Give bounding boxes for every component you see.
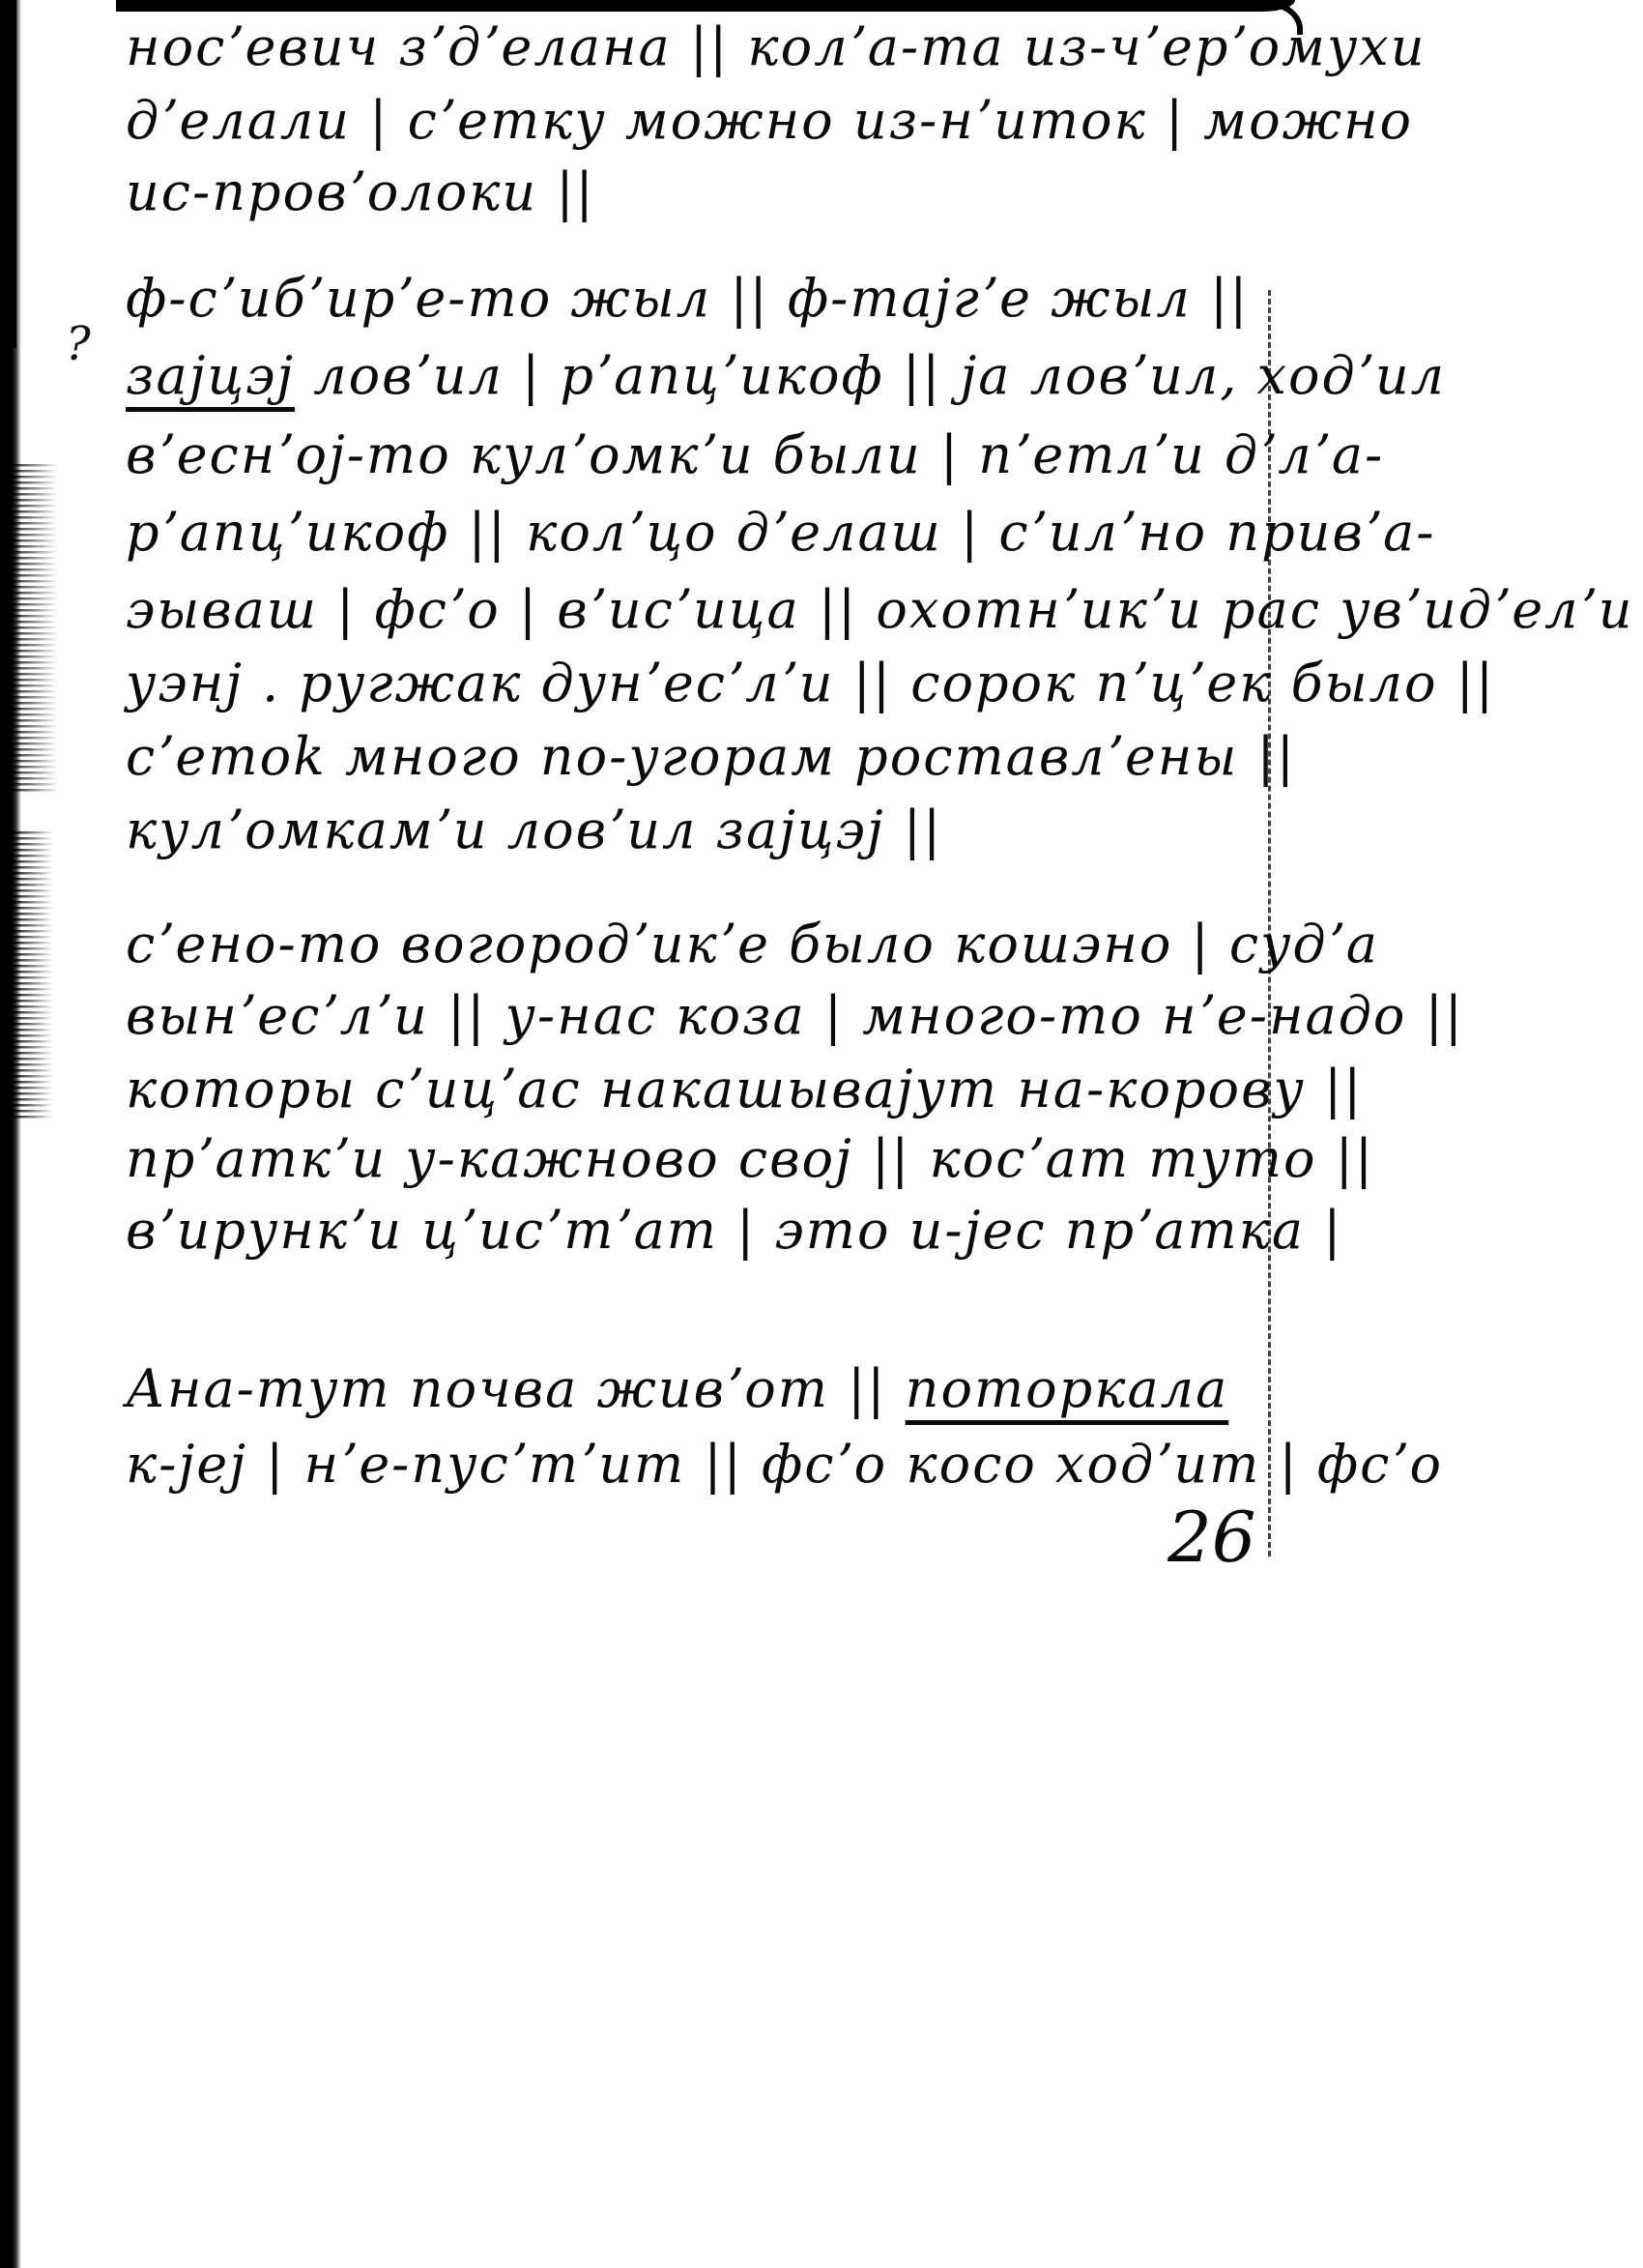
text-line: вынʼесʼлʼи || у-нас коза | много-то нʼе-…	[126, 990, 1464, 1042]
text-segment: рʼапцʼикоф || колʼцо дʼелаш | сʼилʼно пр…	[126, 502, 1435, 563]
text-line: зајцэј ловʼил | рʼапцʼикоф || ја ловʼил,…	[126, 350, 1446, 402]
text-line: прʼаткʼи у-кажново свој || косʼат туто |…	[126, 1133, 1374, 1185]
text-line: кулʼомкамʼи ловʼил зајцэј ||	[126, 804, 942, 857]
scan-top-edge-artifact	[116, 0, 1295, 12]
text-line: ис-провʼолоки ||	[126, 166, 595, 218]
text-segment: ф-сʼибʼирʼе-то жыл || ф-тајгʼе жыл ||	[126, 268, 1249, 329]
text-line: к-јеј | нʼе-пусʼтʼит || фсʼо косо ходʼит…	[126, 1439, 1443, 1491]
text-segment: носʼевич зʼдʼелана || колʼа-та из-чʼерʼо…	[126, 16, 1427, 77]
text-segment: уэнј . ругжак дунʼесʼлʼи || сорок пʼцʼек…	[126, 653, 1495, 713]
text-line: дʼелали | сʼетку можно из-нʼиток | можно	[126, 95, 1413, 147]
text-line: эываш | фсʼо | вʼисʼица || охотнʼикʼи ра…	[126, 584, 1643, 636]
scan-noise-artifact	[0, 831, 53, 1121]
text-line: сʼено-то вогородʼикʼе было кошэно | судʼ…	[126, 918, 1379, 971]
scanned-page: ? носʼевич зʼдʼелана || колʼа-та из-чʼер…	[0, 0, 1643, 2268]
text-line: Ана-тут почва живʼот || поторкала	[126, 1363, 1228, 1415]
text-line: вʼирункʼи цʼисʼтʼат | это и-јес прʼатка …	[126, 1205, 1342, 1257]
page-number: 26	[1167, 1497, 1256, 1578]
text-segment: сʼено-то вогородʼикʼе было кошэно | судʼ…	[126, 914, 1379, 974]
text-line: рʼапцʼикоф || колʼцо дʼелаш | сʼилʼно пр…	[126, 507, 1435, 559]
text-line: ф-сʼибʼирʼе-то жыл || ф-тајгʼе жыл ||	[126, 273, 1249, 325]
text-segment: Ана-тут почва живʼот ||	[126, 1358, 906, 1419]
text-segment: ловʼил | рʼапцʼикоф || ја ловʼил, ходʼил	[295, 345, 1446, 406]
query-mark: ?	[66, 317, 91, 371]
text-line: сʼетоk много по-угорам роставлʼены ||	[126, 731, 1296, 783]
text-line: которы сʼицʼас накашывајут на-корову ||	[126, 1063, 1363, 1116]
text-segment: вынʼесʼлʼи || у-нас коза | много-то нʼе-…	[126, 985, 1464, 1046]
text-segment: вʼеснʼој-то кулʼомкʼи были | пʼетлʼи дʼл…	[126, 424, 1384, 485]
text-segment: вʼирункʼи цʼисʼтʼат | это и-јес прʼатка …	[126, 1200, 1342, 1261]
underlined-word: зајцэј	[126, 345, 295, 406]
text-segment: эываш | фсʼо | вʼисʼица || охотнʼикʼи ра…	[126, 579, 1643, 640]
text-line: уэнј . ругжак дунʼесʼлʼи || сорок пʼцʼек…	[126, 657, 1495, 710]
text-segment: дʼелали | сʼетку можно из-нʼиток | можно	[126, 90, 1413, 151]
text-segment: к-јеј | нʼе-пусʼтʼит || фсʼо косо ходʼит…	[126, 1434, 1443, 1495]
text-segment: кулʼомкамʼи ловʼил зајцэј ||	[126, 800, 942, 860]
text-line: носʼевич зʼдʼелана || колʼа-та из-чʼерʼо…	[126, 21, 1427, 73]
scan-left-bar-artifact	[8, 0, 16, 348]
text-segment: которы сʼицʼас накашывајут на-корову ||	[126, 1059, 1363, 1119]
scan-noise-artifact	[0, 464, 58, 793]
text-segment: прʼаткʼи у-кажново свој || косʼат туто |…	[126, 1128, 1374, 1189]
underlined-word: поторкала	[906, 1358, 1229, 1419]
text-line: вʼеснʼој-то кулʼомкʼи были | пʼетлʼи дʼл…	[126, 429, 1384, 481]
text-segment: сʼетоk много по-угорам роставлʼены ||	[126, 726, 1296, 787]
text-segment: ис-провʼолоки ||	[126, 161, 595, 222]
